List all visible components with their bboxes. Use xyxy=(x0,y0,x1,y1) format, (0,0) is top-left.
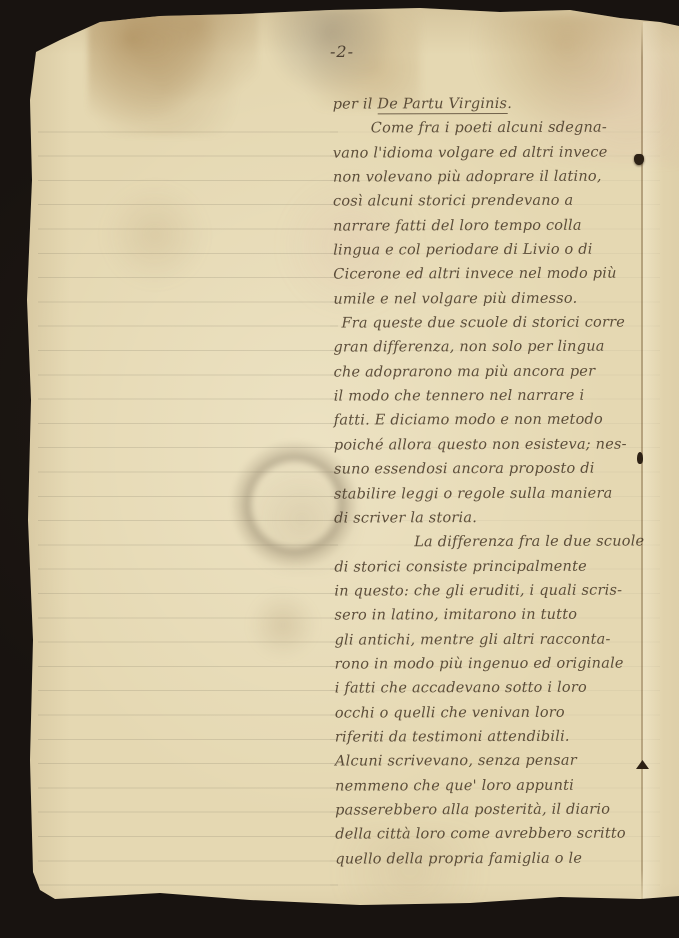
manuscript-heading: per il De Partu Virginis. xyxy=(333,91,655,116)
manuscript-line: Alcuni scrivevano, senza pensar xyxy=(335,749,657,774)
manuscript-line: il modo che tennero nel narrare i xyxy=(334,384,656,409)
manuscript-line: non volevano più adoprare il latino, xyxy=(333,164,655,189)
heading-title-underlined: De Partu Virginis xyxy=(377,96,507,114)
manuscript-line: così alcuni storici prendevano a xyxy=(333,189,655,214)
manuscript-line: quello della propria famiglia o le xyxy=(335,846,657,871)
manuscript-line: lingua e col periodare di Livio o di xyxy=(333,238,655,263)
manuscript-line: Fra queste due scuole di storici corre xyxy=(333,311,655,336)
manuscript-line: gli antichi, mentre gli altri racconta- xyxy=(335,627,657,652)
manuscript-line: umile e nel volgare più dimesso. xyxy=(333,286,655,311)
manuscript-line: in questo: che gli eruditi, i quali scri… xyxy=(334,578,656,603)
manuscript-line: poiché allora questo non esisteva; nes- xyxy=(334,432,656,457)
manuscript-line: suno essendosi ancora proposto di xyxy=(334,457,656,482)
manuscript-line: nemmeno che que' loro appunti xyxy=(335,773,657,798)
manuscript-line: Cicerone ed altri invece nel modo più xyxy=(333,262,655,287)
manuscript-line: passerebbero alla posterità, il diario xyxy=(335,797,657,822)
manuscript-line: Come fra i poeti alcuni sdegna- xyxy=(333,116,655,141)
ruled-lines-left xyxy=(38,108,338,888)
manuscript-line: rono in modo più ingenuo ed originale xyxy=(335,651,657,676)
page-number: -2- xyxy=(318,42,366,61)
manuscript-line: gran differenza, non solo per lingua xyxy=(333,335,655,360)
manuscript-line: sero in latino, imitarono in tutto xyxy=(334,603,656,628)
manuscript-line: narrare fatti del loro tempo colla xyxy=(333,213,655,238)
manuscript-line: La differenza fra le due scuole xyxy=(334,530,656,555)
manuscript-text: per il De Partu Virginis. Come fra i poe… xyxy=(333,91,658,871)
manuscript-line: della città loro come avrebbero scritto xyxy=(335,822,657,847)
manuscript-line: di storici consiste principalmente xyxy=(334,554,656,579)
manuscript-line: i fatti che accadevano sotto i loro xyxy=(335,676,657,701)
manuscript-line: che adoprarono ma più ancora per xyxy=(334,359,656,384)
manuscript-line: di scriver la storia. xyxy=(334,505,656,530)
manuscript-line: riferiti da testimoni attendibili. xyxy=(335,724,657,749)
manuscript-line: stabilire leggi o regole sulla maniera xyxy=(334,481,656,506)
manuscript-page: -2- per il De Partu Virginis. Come fra i… xyxy=(0,0,679,938)
photo-background: -2- per il De Partu Virginis. Come fra i… xyxy=(0,0,679,938)
manuscript-line: vano l'idioma volgare ed altri invece xyxy=(333,140,655,165)
manuscript-line: occhi o quelli che venivan loro xyxy=(335,700,657,725)
heading-suffix: . xyxy=(507,96,512,112)
heading-prefix: per il xyxy=(333,96,378,112)
manuscript-line: fatti. E diciamo modo e non metodo xyxy=(334,408,656,433)
